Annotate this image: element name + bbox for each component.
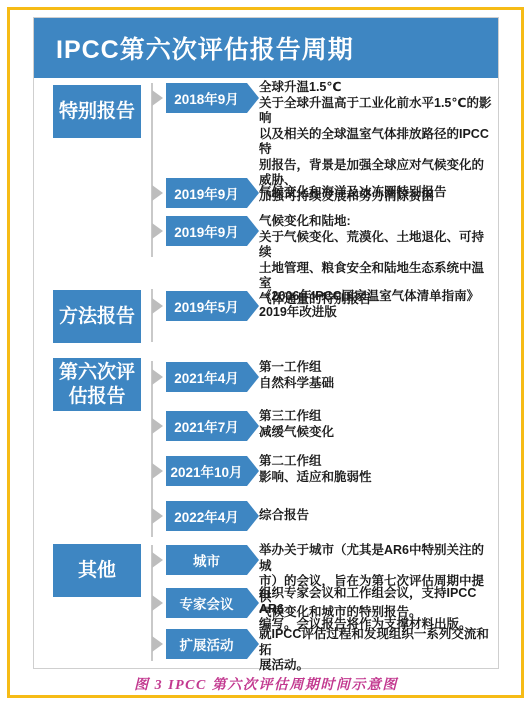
timeline-tag-2019-09-ocean: 2019年9月 — [166, 178, 259, 208]
branch-arrow-icon — [152, 595, 163, 611]
branch-arrow-icon — [152, 636, 163, 652]
timeline-tag-cities: 城市 — [166, 545, 259, 575]
timeline-tag-label: 2021年4月 — [174, 367, 251, 387]
category-label: 方法报告 — [59, 305, 135, 329]
category-label: 特别报告 — [59, 100, 135, 124]
item-description: 《2006年IPCC国家温室气体清单指南》 2019年改进版 — [259, 289, 494, 320]
timeline-tag-2022-04: 2022年4月 — [166, 501, 259, 531]
item-description: 组织专家会议和工作组会议，支持IPCC AR6 编写。会议报告将作为支撑材料出版… — [259, 586, 494, 633]
timeline-tag-label: 2022年4月 — [174, 506, 251, 526]
item-description: 第一工作组 自然科学基础 — [259, 360, 494, 391]
branch-arrow-icon — [152, 185, 163, 201]
timeline-tag-label: 2019年5月 — [174, 296, 251, 316]
branch-arrow-icon — [152, 463, 163, 479]
timeline-tag-2019-05: 2019年5月 — [166, 291, 259, 321]
category-label: 第六次评 估报告 — [59, 361, 135, 409]
timeline-tag-2021-07: 2021年7月 — [166, 411, 259, 441]
category-sixth-assessment-report: 第六次评 估报告 — [53, 358, 141, 411]
branch-arrow-icon — [152, 418, 163, 434]
timeline-tag-outreach: 扩展活动 — [166, 629, 259, 659]
figure-caption: 图 3 IPCC 第六次评估周期时间示意图 — [0, 674, 532, 694]
timeline-tag-label: 城市 — [193, 550, 232, 570]
figure-title-bar: IPCC第六次评估报告周期 — [34, 18, 498, 78]
category-other: 其他 — [53, 544, 141, 597]
timeline-tag-expert-meetings: 专家会议 — [166, 588, 259, 618]
timeline-tag-2021-04: 2021年4月 — [166, 362, 259, 392]
timeline-tag-label: 2019年9月 — [174, 221, 251, 241]
timeline-tag-label: 2019年9月 — [174, 183, 251, 203]
timeline-tag-label: 2021年7月 — [174, 416, 251, 436]
item-description: 第二工作组 影响、适应和脆弱性 — [259, 454, 494, 485]
timeline-tag-label: 扩展活动 — [180, 634, 246, 654]
timeline-tag-2021-10: 2021年10月 — [166, 456, 259, 486]
item-description: 综合报告 — [259, 508, 494, 524]
branch-arrow-icon — [152, 298, 163, 314]
branch-arrow-icon — [152, 369, 163, 385]
connector-line-section-2 — [151, 289, 153, 342]
category-methodology-reports: 方法报告 — [53, 290, 141, 343]
category-label: 其他 — [78, 559, 116, 583]
timeline-tag-label: 2021年10月 — [170, 461, 254, 481]
timeline-tag-label: 2018年9月 — [174, 88, 251, 108]
figure-frame: IPCC第六次评估报告周期 特别报告 方法报告 第六次评 估报告 其他 2018… — [33, 17, 499, 669]
item-description: 就IPCC评估过程和发现组织一系列交流和拓 展活动。 — [259, 627, 494, 674]
figure-title: IPCC第六次评估报告周期 — [34, 30, 354, 66]
branch-arrow-icon — [152, 90, 163, 106]
branch-arrow-icon — [152, 223, 163, 239]
item-description: 第三工作组 减缓气候变化 — [259, 409, 494, 440]
branch-arrow-icon — [152, 508, 163, 524]
timeline-tag-2018-09: 2018年9月 — [166, 83, 259, 113]
item-description: 气候变化和海洋及冰冻圈特别报告 — [259, 185, 494, 201]
category-special-reports: 特别报告 — [53, 85, 141, 138]
timeline-tag-2019-09-land: 2019年9月 — [166, 216, 259, 246]
branch-arrow-icon — [152, 552, 163, 568]
timeline-tag-label: 专家会议 — [180, 593, 246, 613]
